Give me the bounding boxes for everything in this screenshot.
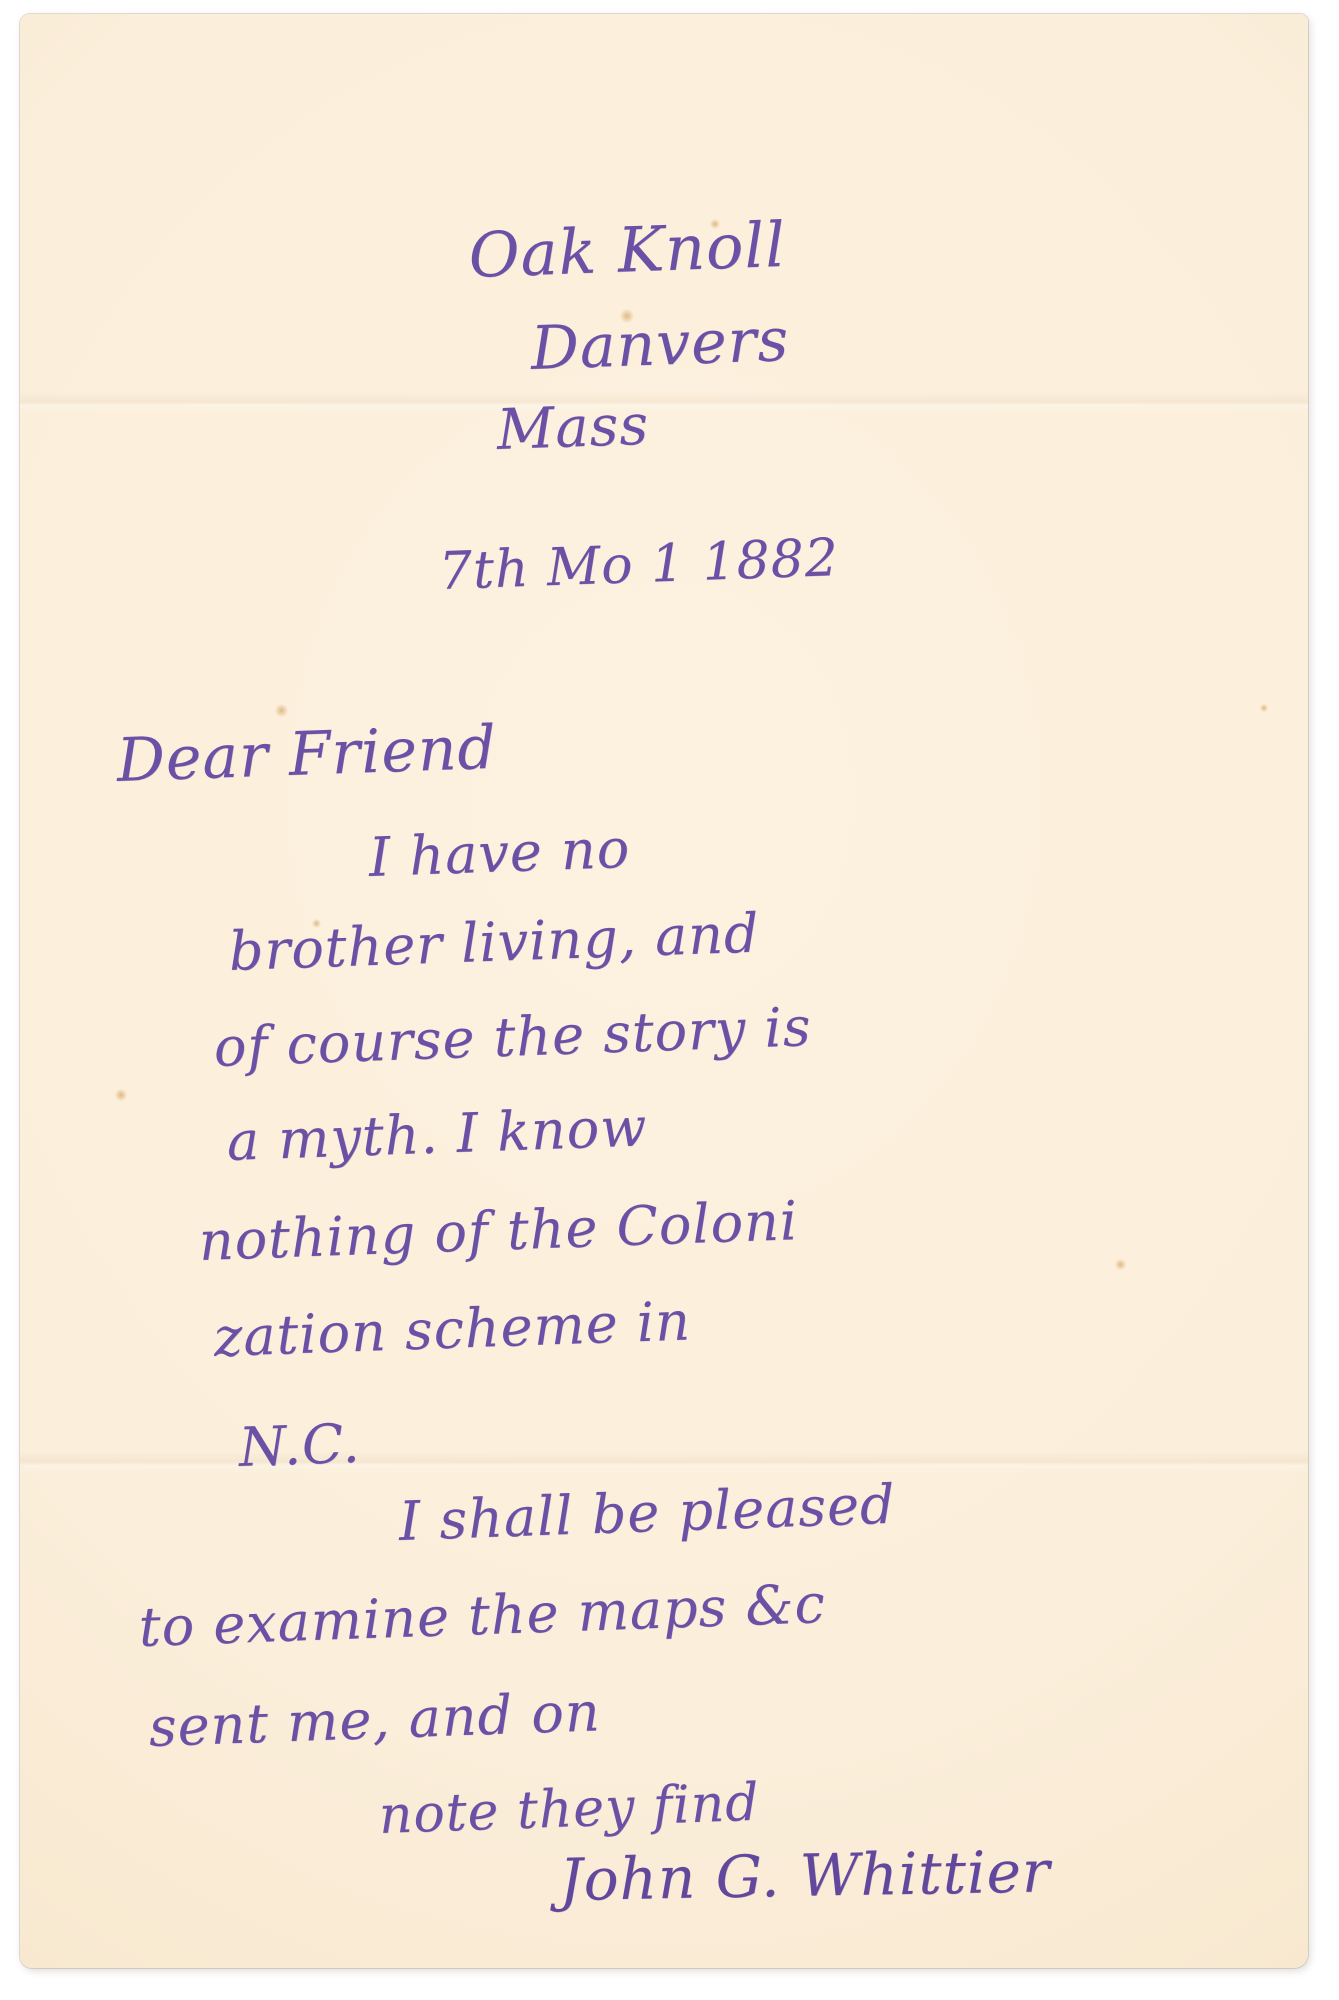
body-line-2: brother living, and — [228, 902, 761, 983]
salutation: Dear Friend — [116, 713, 498, 796]
fold-crease — [20, 392, 1308, 414]
heading-place-line-3: Mass — [496, 393, 650, 463]
foxing-speck — [1260, 704, 1268, 712]
heading-place-line-1: Oak Knoll — [467, 208, 787, 292]
body-line-3: of course the story is — [213, 995, 813, 1079]
body-line-8: I shall be pleased — [398, 1473, 897, 1553]
body-line-7: N.C. — [238, 1412, 362, 1479]
fold-crease — [20, 1452, 1308, 1474]
body-line-4: a myth. I know — [226, 1095, 649, 1173]
letter-page: Oak Knoll Danvers Mass 7th Mo 1 1882 Dea… — [20, 14, 1308, 1968]
foxing-speck — [275, 704, 288, 717]
body-line-6: zation scheme in — [213, 1289, 692, 1369]
heading-date-line: 7th Mo 1 1882 — [438, 528, 840, 602]
body-line-11: note they find — [378, 1773, 761, 1846]
signature: John G. Whittier — [559, 1837, 1051, 1914]
scan-background: Oak Knoll Danvers Mass 7th Mo 1 1882 Dea… — [0, 0, 1339, 2000]
foxing-speck — [115, 1089, 127, 1101]
heading-place-line-2: Danvers — [530, 305, 791, 384]
body-line-1: I have no — [368, 817, 631, 889]
body-line-9: to examine the maps &c — [138, 1572, 827, 1659]
body-line-5: nothing of the Coloni — [198, 1189, 799, 1273]
foxing-speck — [1115, 1259, 1126, 1270]
body-line-10: sent me, and on — [148, 1680, 602, 1759]
